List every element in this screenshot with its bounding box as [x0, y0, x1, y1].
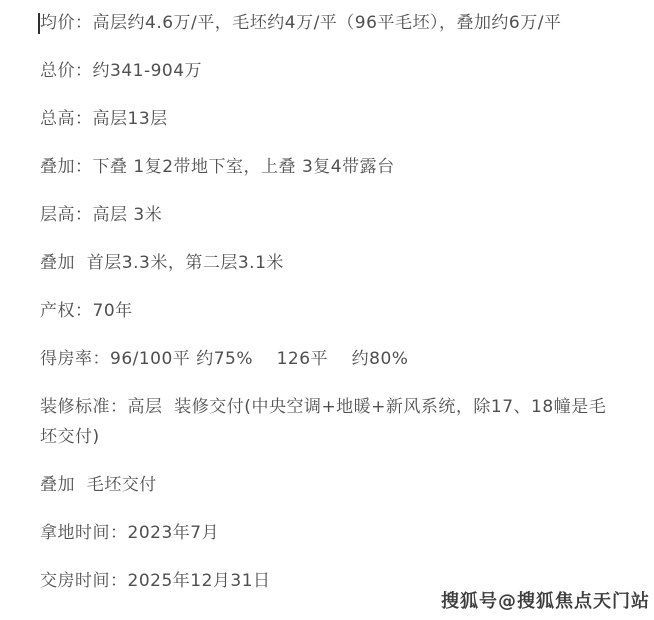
spec-row-usable-ratio: 得房率：96/100平 约75% 126平 约80% [40, 344, 616, 374]
spec-row-land-date: 拿地时间：2023年7月 [40, 518, 616, 548]
article-page: 均价：高层约4.6万/平，毛坯约4万/平（96平毛坯），叠加约6万/平 总价：约… [0, 0, 654, 620]
spec-row-stacked-delivery: 叠加 毛坯交付 [40, 470, 616, 500]
spec-row-floor-height: 层高：高层 3米 [40, 200, 616, 230]
spec-row-average-price: 均价：高层约4.6万/平，毛坯约4万/平（96平毛坯），叠加约6万/平 [40, 8, 616, 38]
spec-row-total-price: 总价：约341-904万 [40, 56, 616, 86]
spec-row-total-floors: 总高：高层13层 [40, 104, 616, 134]
spec-row-stacked-height: 叠加 首层3.3米，第二层3.1米 [40, 248, 616, 278]
watermark-sohu: 搜狐号@搜狐焦点天门站 [441, 587, 650, 613]
spec-row-stacked-layout: 叠加：下叠 1复2带地下室，上叠 3复4带露台 [40, 152, 616, 182]
property-spec-list: 均价：高层约4.6万/平，毛坯约4万/平（96平毛坯），叠加约6万/平 总价：约… [40, 8, 616, 614]
spec-row-property-rights: 产权：70年 [40, 296, 616, 326]
spec-row-decoration: 装修标准：高层 装修交付(中央空调+地暖+新风系统，除17、18幢是毛坯交付) [40, 392, 616, 452]
